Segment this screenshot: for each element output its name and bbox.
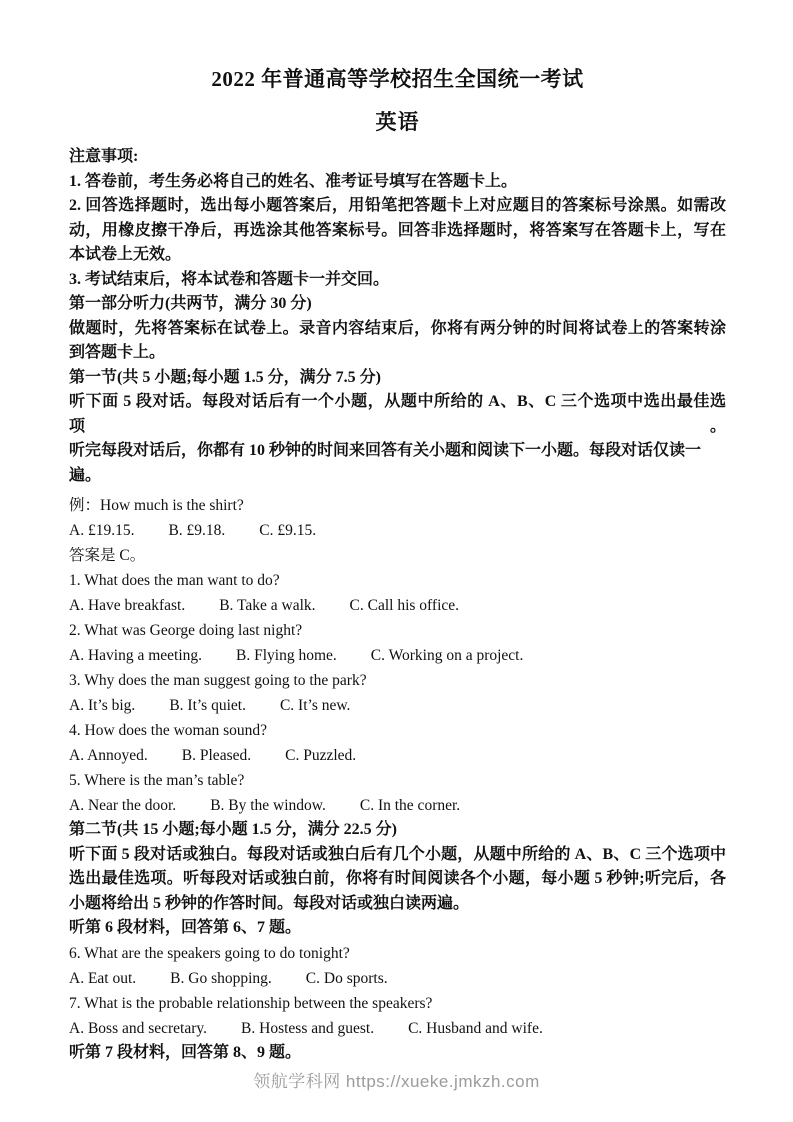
notice-heading: 注意事项: — [69, 145, 726, 170]
option: A. Have breakfast. — [69, 593, 185, 618]
question-3-options: A. It’s big.B. It’s quiet.C. It’s new. — [69, 693, 726, 718]
notice-item-1: 1. 答卷前，考生务必将自己的姓名、准考证号填写在答题卡上。 — [69, 170, 726, 195]
question-6-options: A. Eat out.B. Go shopping.C. Do sports. — [69, 966, 726, 991]
option: A. Annoyed. — [69, 743, 148, 768]
option: C. Do sports. — [306, 966, 388, 991]
notice-item-2-line: 动，用橡皮擦干净后，再选涂其他答案标号。回答非选择题时，将答案写在答题卡上，写在 — [69, 219, 726, 244]
section1-instructions-line: 听下面 5 段对话。每段对话后有一个小题，从题中所给的 A、B、C 三个选项中选… — [69, 390, 726, 439]
option: A. Eat out. — [69, 966, 136, 991]
part1-instructions-line: 做题时，先将答案标在试卷上。录音内容结束后，你将有两分钟的时间将试卷上的答案转涂 — [69, 317, 726, 342]
notice-item-3: 3. 考试结束后，将本试卷和答题卡一并交回。 — [69, 268, 726, 293]
part1-instructions-line: 到答题卡上。 — [69, 341, 726, 366]
notice-item-2: 2. 回答选择题时，选出每小题答案后，用铅笔把答题卡上对应题目的答案标号涂黑。如… — [69, 194, 726, 268]
option: B. Flying home. — [236, 643, 337, 668]
option: C. £9.15. — [259, 518, 316, 543]
option: C. In the corner. — [360, 793, 460, 818]
material-7-heading-line: 听第 7 段材料，回答第 8、9 题。 — [69, 1041, 726, 1066]
exam-paper-page: 2022 年普通高等学校招生全国统一考试 英语 注意事项:1. 答卷前，考生务必… — [0, 0, 793, 1122]
option: B. It’s quiet. — [169, 693, 246, 718]
section2-instructions-line: 听下面 5 段对话或独白。每段对话或独白后有几个小题，从题中所给的 A、B、C … — [69, 843, 726, 868]
watermark: 领航学科网 https://xueke.jmkzh.com — [0, 1067, 793, 1092]
option: B. Pleased. — [182, 743, 251, 768]
question-5-options: A. Near the door.B. By the window.C. In … — [69, 793, 726, 818]
notice-item-2-line: 2. 回答选择题时，选出每小题答案后，用铅笔把答题卡上对应题目的答案标号涂黑。如… — [69, 194, 726, 219]
option: C. Call his office. — [350, 593, 460, 618]
question-2-options: A. Having a meeting.B. Flying home.C. Wo… — [69, 643, 726, 668]
document-title: 2022 年普通高等学校招生全国统一考试 — [69, 64, 726, 94]
material-6-heading: 听第 6 段材料，回答第 6、7 题。 — [69, 916, 726, 941]
question-1-options: A. Have breakfast.B. Take a walk.C. Call… — [69, 593, 726, 618]
option: C. Puzzled. — [285, 743, 356, 768]
option: A. £19.15. — [69, 518, 134, 543]
section1-instructions-line: 听完每段对话后，你都有 10 秒钟的时间来回答有关小题和阅读下一小题。每段对话仅… — [69, 439, 726, 488]
material-6-heading-line: 听第 6 段材料，回答第 6、7 题。 — [69, 916, 726, 941]
question-4-options: A. Annoyed.B. Pleased.C. Puzzled. — [69, 743, 726, 768]
option: A. It’s big. — [69, 693, 135, 718]
example-options: A. £19.15.B. £9.18.C. £9.15. — [69, 518, 726, 543]
section2-heading: 第二节(共 15 小题;每小题 1.5 分，满分 22.5 分) — [69, 818, 726, 843]
section2-instructions: 听下面 5 段对话或独白。每段对话或独白后有几个小题，从题中所给的 A、B、C … — [69, 843, 726, 917]
option: B. By the window. — [210, 793, 326, 818]
part1-heading: 第一部分听力(共两节，满分 30 分) — [69, 292, 726, 317]
option: B. Go shopping. — [170, 966, 272, 991]
notice-item-1-line: 1. 答卷前，考生务必将自己的姓名、准考证号填写在答题卡上。 — [69, 170, 726, 195]
option: B. £9.18. — [168, 518, 225, 543]
example-question: 例：How much is the shirt? — [69, 493, 726, 518]
question-3: 3. Why does the man suggest going to the… — [69, 668, 726, 693]
section1-heading: 第一节(共 5 小题;每小题 1.5 分，满分 7.5 分) — [69, 366, 726, 391]
document-content: 2022 年普通高等学校招生全国统一考试 英语 注意事项:1. 答卷前，考生务必… — [69, 64, 726, 1065]
question-6: 6. What are the speakers going to do ton… — [69, 941, 726, 966]
option: A. Near the door. — [69, 793, 176, 818]
question-1: 1. What does the man want to do? — [69, 568, 726, 593]
material-7-heading: 听第 7 段材料，回答第 8、9 题。 — [69, 1041, 726, 1066]
option: A. Having a meeting. — [69, 643, 202, 668]
part1-heading-line: 第一部分听力(共两节，满分 30 分) — [69, 292, 726, 317]
question-2: 2. What was George doing last night? — [69, 618, 726, 643]
option: C. Husband and wife. — [408, 1016, 543, 1041]
document-subject: 英语 — [69, 107, 726, 137]
notice-item-3-line: 3. 考试结束后，将本试卷和答题卡一并交回。 — [69, 268, 726, 293]
section2-instructions-line: 选出最佳选项。听每段对话或独白前，你将有时间阅读各个小题，每小题 5 秒钟;听完… — [69, 867, 726, 892]
section2-heading-line: 第二节(共 15 小题;每小题 1.5 分，满分 22.5 分) — [69, 818, 726, 843]
section1-instructions: 听下面 5 段对话。每段对话后有一个小题，从题中所给的 A、B、C 三个选项中选… — [69, 390, 726, 488]
notice-heading-line: 注意事项: — [69, 145, 726, 170]
option: B. Hostess and guest. — [241, 1016, 374, 1041]
question-7-options: A. Boss and secretary.B. Hostess and gue… — [69, 1016, 726, 1041]
notice-item-2-line: 本试卷上无效。 — [69, 243, 726, 268]
section2-instructions-line: 小题将给出 5 秒钟的作答时间。每段对话或独白读两遍。 — [69, 892, 726, 917]
part1-instructions: 做题时，先将答案标在试卷上。录音内容结束后，你将有两分钟的时间将试卷上的答案转涂… — [69, 317, 726, 366]
question-7: 7. What is the probable relationship bet… — [69, 991, 726, 1016]
example-answer: 答案是 C。 — [69, 543, 726, 568]
option: A. Boss and secretary. — [69, 1016, 207, 1041]
document-body: 注意事项:1. 答卷前，考生务必将自己的姓名、准考证号填写在答题卡上。2. 回答… — [69, 145, 726, 1065]
section1-heading-line: 第一节(共 5 小题;每小题 1.5 分，满分 7.5 分) — [69, 366, 726, 391]
question-5: 5. Where is the man’s table? — [69, 768, 726, 793]
option: C. Working on a project. — [371, 643, 524, 668]
option: B. Take a walk. — [219, 593, 315, 618]
option: C. It’s new. — [280, 693, 350, 718]
question-4: 4. How does the woman sound? — [69, 718, 726, 743]
